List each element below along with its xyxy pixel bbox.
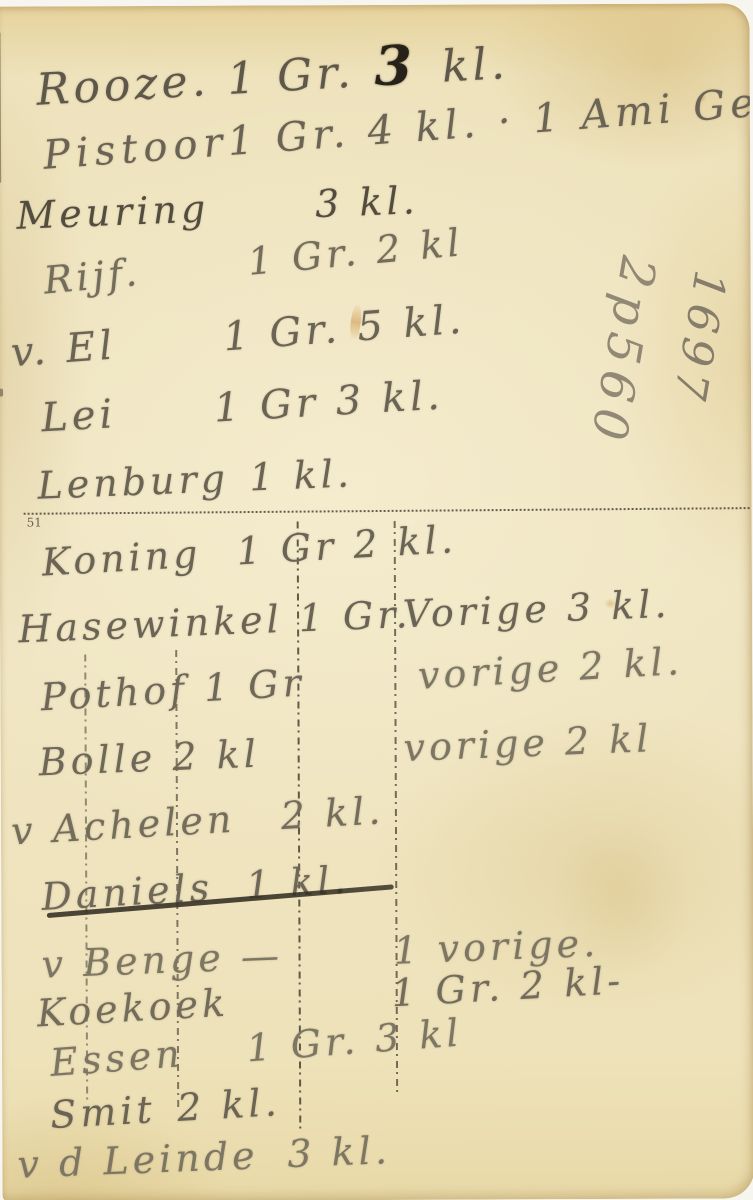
rotated-archive-number: 2p560: [579, 252, 667, 452]
entry-line: Pistoor 1 Gr. 4 kl. · 1 Ami Gete.: [42, 119, 230, 179]
entry-line: v Achelen 2 kl.: [10, 797, 236, 854]
entry-classes: 1 Gr. 2 kl: [246, 220, 465, 284]
entry-name: v. El: [9, 323, 117, 377]
divider-horizontal-dotted: [24, 507, 750, 515]
entry-name: Koning: [41, 532, 203, 585]
entry-line: Essen 1 Gr. 3 kl: [49, 1031, 186, 1085]
entry-classes: 3 kl.: [286, 1128, 391, 1176]
entry-classes: 1 Gr. 3 kl: [245, 1011, 464, 1071]
entry-line: Koning 1 Gr 2 kl.: [41, 532, 203, 585]
entry-line: Koekoek 1 Gr. 2 kl-: [36, 981, 230, 1036]
entry-name: Koekoek: [36, 981, 230, 1036]
entry-classes: Vorige 3 kl.: [402, 582, 671, 636]
edge-speck: [0, 389, 3, 397]
entry-classes: vorige 2 kl.: [417, 639, 684, 698]
entry-name: v Benge —: [41, 933, 284, 986]
edge-mark-mid-left: 51: [27, 515, 42, 529]
edge-shadow: [0, 33, 1, 183]
entry-classes: 1 Gr 3 kl.: [213, 373, 445, 432]
entry-classes: 1 Gr 2 kl.: [235, 517, 458, 573]
entry-classes: 1 Gr. 5 kl.: [222, 297, 467, 361]
entry-line: Lenburg 1 kl.: [37, 456, 230, 507]
entry-line: v d Leinde 3 kl.: [17, 1133, 260, 1186]
entry-line: Meuring 3 kl.: [16, 186, 211, 238]
entry-name: Pistoor: [42, 119, 230, 179]
entry-classes: kl.: [440, 38, 510, 93]
entry-line: v. El 1 Gr. 5 kl.: [9, 323, 117, 377]
entry-name: Hasewinkel 1 Gr.: [17, 592, 412, 651]
entry-line: Rijf. 1 Gr. 2 kl: [42, 250, 143, 303]
entry-name: Pothof 1 Gr: [39, 660, 306, 719]
entry-name: Essen: [49, 1031, 186, 1085]
entry-name: Lenburg: [37, 456, 230, 507]
photo-of-postcard-back: { "postcard": { "description_label": "Ha…: [0, 0, 753, 1200]
entry-line: Bolle 2 kl vorige 2 kl: [38, 732, 261, 785]
postcard-paper: Rooze. 1 Gr.3kl. Pistoor 1 Gr. 4 kl. · 1…: [0, 3, 753, 1200]
entry-name: v d Leinde: [17, 1133, 260, 1186]
entry-classes: 3 kl.: [314, 178, 419, 226]
entry-bold-number: 3: [373, 33, 416, 98]
entry-classes: 2 kl.: [279, 788, 385, 838]
entry-name: v Achelen: [10, 797, 236, 854]
entry-line: Smit 2 kl.: [49, 1087, 157, 1137]
entry-line: v Benge — 1 vorige.: [41, 933, 284, 986]
entry-classes: 2 kl.: [176, 1080, 282, 1130]
entry-line: Pothof 1 Gr vorige 2 kl.: [39, 660, 306, 719]
entry-name: Rooze. 1 Gr.: [35, 47, 356, 116]
entry-classes: 1 kl.: [249, 451, 354, 499]
entry-name: Rijf.: [42, 250, 143, 303]
rotated-archive-number: 1697: [662, 267, 735, 410]
entry-name: Meuring: [16, 186, 211, 238]
entry-classes: vorige 2 kl: [403, 716, 654, 770]
entry-line: Lei 1 Gr 3 kl.: [40, 391, 118, 441]
entry-name: Smit: [49, 1087, 157, 1137]
entry-line: Hasewinkel 1 Gr. Vorige 3 kl.: [17, 592, 412, 651]
entry-name: Lei: [40, 391, 118, 441]
entry-name: Bolle 2 kl: [38, 732, 261, 785]
